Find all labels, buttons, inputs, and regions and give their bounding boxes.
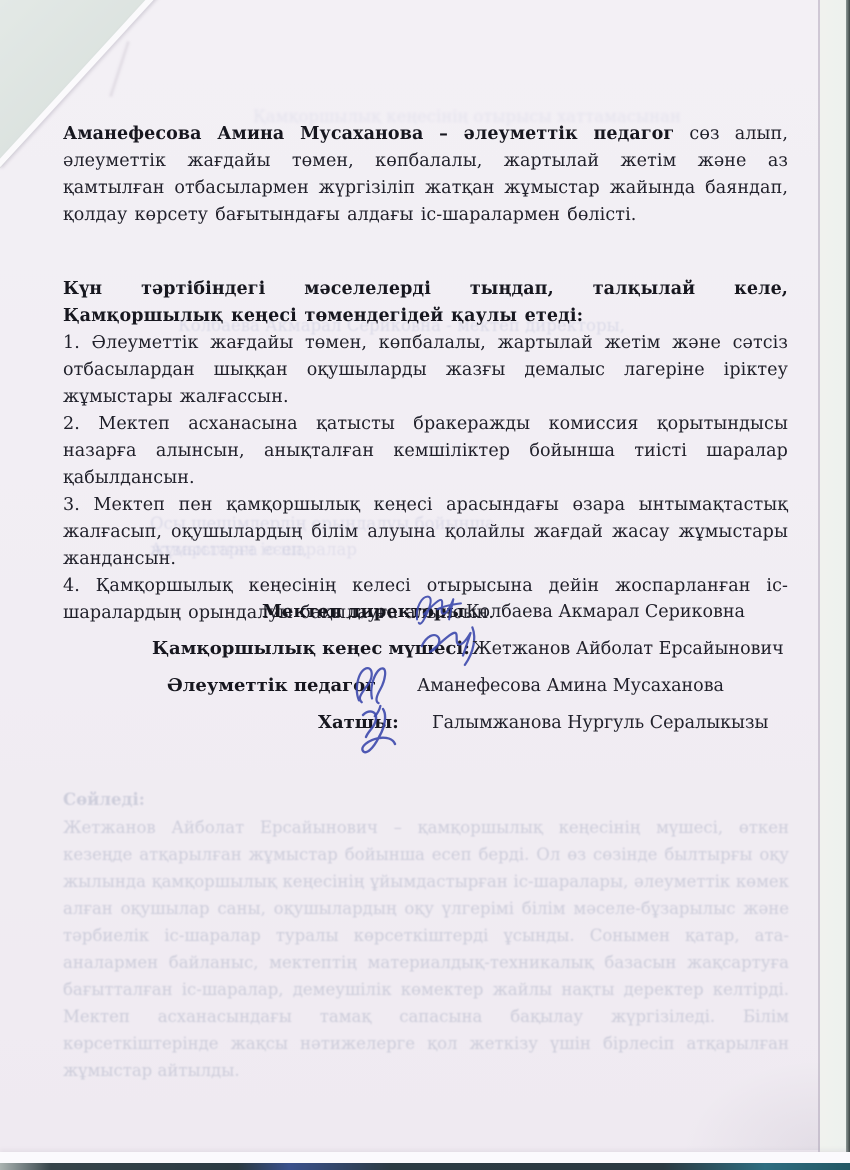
speaker-name-bold: Аманефесова Амина Мусаханова – әлеуметті… [63,124,674,144]
scanner-bottom-dark-edge [0,1163,850,1170]
ghost-bleed-through-paragraph: Сөйледі: Жетжанов Айболат Ерсайынович – … [63,786,789,1084]
resolution-item-2: 2. Мектеп асханасына қатысты бракеражды … [63,411,788,492]
bottom-right-shading [682,1060,822,1150]
signer-name: Колбаева Акмарал Сериковна [466,598,745,626]
resolution-item-1: 1. Әлеуметтік жағдайы төмен, көпбалалы, … [63,330,788,411]
resolution-heading: Күн тәртібіндегі мәселелерді тыңдап, тал… [63,279,788,326]
scanner-right-dark-edge [846,0,850,1170]
signer-title: Әлеуметтік педагог [167,672,376,700]
signature-ink-secretary [355,703,401,759]
intro-paragraph: Аманефесова Амина Мусаханова – әлеуметті… [63,121,788,229]
paper-crease [109,41,130,97]
ghost-paragraph-body: Жетжанов Айболат Ерсайынович – қамқоршыл… [63,814,789,1084]
signature-ink-council-member [418,623,478,673]
ghost-paragraph-heading: Сөйледі: [63,786,789,813]
resolution-item-3: 3. Мектеп пен қамқоршылық кеңесі арасынд… [63,492,788,573]
scanned-document: { "colors": { "paper": "#f1edf3", "scann… [0,0,850,1170]
signer-name: Галымжанова Нургуль Сералыкызы [432,709,768,737]
resolution-section: Күн тәртібіндегі мәселелерді тыңдап, тал… [63,276,788,627]
paper-sheet: Қамқоршылық кеңесінің отырысы хаттамасын… [0,0,850,1170]
signer-name: Жетжанов Айболат Ерсайынович [472,635,784,663]
signer-name: Аманефесова Амина Мусаханова [417,672,724,700]
